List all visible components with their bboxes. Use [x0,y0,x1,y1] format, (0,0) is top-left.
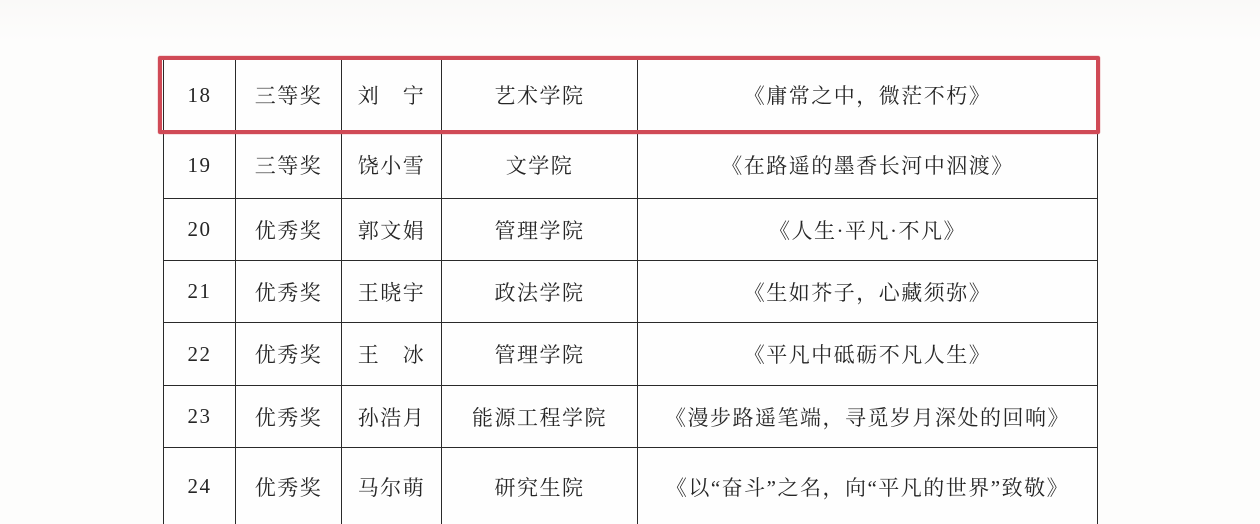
cell-award: 优秀奖 [236,199,342,261]
cell-award: 三等奖 [236,59,342,132]
cell-title: 《庸常之中，微茫不朽》 [638,59,1098,132]
cell-college: 政法学院 [442,261,638,323]
cell-number: 21 [164,261,236,323]
cell-title: 《在路遥的墨香长河中泅渡》 [638,132,1098,199]
cell-name: 马尔萌 [342,448,442,524]
cell-award: 优秀奖 [236,323,342,386]
cell-title: 《漫步路遥笔端，寻觅岁月深处的回响》 [638,386,1098,448]
cell-award: 优秀奖 [236,448,342,524]
cell-name: 王 冰 [342,323,442,386]
cell-title: 《生如芥子，心藏须弥》 [638,261,1098,323]
cell-college: 能源工程学院 [442,386,638,448]
cell-name: 孙浩月 [342,386,442,448]
table-row: 22 优秀奖 王 冰 管理学院 《平凡中砥砺不凡人生》 [164,323,1098,386]
table-row: 19 三等奖 饶小雪 文学院 《在路遥的墨香长河中泅渡》 [164,132,1098,199]
cell-number: 22 [164,323,236,386]
table-row: 20 优秀奖 郭文娟 管理学院 《人生·平凡·不凡》 [164,199,1098,261]
cell-number: 18 [164,59,236,132]
document-page: 18 三等奖 刘 宁 艺术学院 《庸常之中，微茫不朽》 19 三等奖 饶小雪 文… [0,0,1260,524]
cell-number: 23 [164,386,236,448]
cell-name: 王晓宇 [342,261,442,323]
award-table: 18 三等奖 刘 宁 艺术学院 《庸常之中，微茫不朽》 19 三等奖 饶小雪 文… [163,58,1098,524]
cell-number: 19 [164,132,236,199]
cell-title: 《平凡中砥砺不凡人生》 [638,323,1098,386]
cell-award: 三等奖 [236,132,342,199]
cell-award: 优秀奖 [236,386,342,448]
cell-college: 管理学院 [442,199,638,261]
cell-name: 刘 宁 [342,59,442,132]
cell-name: 郭文娟 [342,199,442,261]
cell-number: 24 [164,448,236,524]
table-row: 21 优秀奖 王晓宇 政法学院 《生如芥子，心藏须弥》 [164,261,1098,323]
cell-college: 艺术学院 [442,59,638,132]
cell-college: 文学院 [442,132,638,199]
cell-name: 饶小雪 [342,132,442,199]
cell-award: 优秀奖 [236,261,342,323]
table-row: 24 优秀奖 马尔萌 研究生院 《以“奋斗”之名，向“平凡的世界”致敬》 [164,448,1098,524]
cell-college: 管理学院 [442,323,638,386]
cell-number: 20 [164,199,236,261]
cell-title: 《人生·平凡·不凡》 [638,199,1098,261]
table-row: 23 优秀奖 孙浩月 能源工程学院 《漫步路遥笔端，寻觅岁月深处的回响》 [164,386,1098,448]
table-row: 18 三等奖 刘 宁 艺术学院 《庸常之中，微茫不朽》 [164,59,1098,132]
cell-college: 研究生院 [442,448,638,524]
cell-title: 《以“奋斗”之名，向“平凡的世界”致敬》 [638,448,1098,524]
